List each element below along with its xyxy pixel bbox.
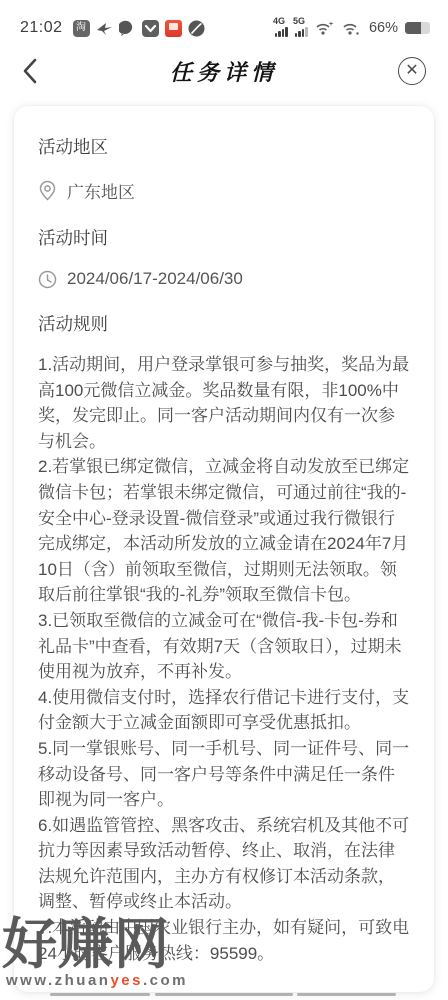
svg-text:+: + — [329, 21, 333, 28]
close-button[interactable]: ✕ — [398, 57, 426, 85]
bottom-divider-line — [50, 993, 150, 996]
task-detail-card: 活动地区 广东地区 活动时间 2024/06/17-2024/06/30 活动规… — [14, 106, 434, 992]
red-app-icon — [165, 20, 182, 37]
wifi-icon — [342, 21, 362, 36]
page-title: 任务详情 — [0, 56, 448, 87]
watermark: 好赚网 www.zhuanyes.com — [2, 917, 188, 988]
rules-heading: 活动规则 — [38, 311, 410, 336]
rule-item: 5.同一掌银账号、同一手机号、同一证件号、同一移动设备号、同一客户号等条件中满足… — [38, 736, 410, 813]
bottom-divider-line — [155, 993, 293, 996]
signal-5g-icon: 5G — [295, 19, 308, 37]
smile-app-icon — [142, 20, 159, 37]
bird-icon — [96, 20, 113, 37]
rule-item: 2.若掌银已绑定微信，立减金将自动发放至已绑定微信卡包；若掌银未绑定微信，可通过… — [38, 454, 410, 608]
rule-item: 1.活动期间，用户登录掌银可参与抽奖，奖品为最高100元微信立减金。奖品数量有限… — [38, 352, 410, 454]
rule-item: 4.使用微信支付时，选择农行借记卡进行支付，支付金额大于立减金面额即可享受优惠抵… — [38, 685, 410, 736]
region-heading: 活动地区 — [38, 134, 410, 159]
bottom-divider-line — [297, 993, 396, 996]
app-screen: 21:02 淘 4G 5G — [0, 0, 448, 1000]
watermark-url: www.zhuanyes.com — [6, 973, 188, 988]
region-value: 广东地区 — [67, 178, 135, 203]
region-row: 广东地区 — [38, 178, 410, 203]
time-value: 2024/06/17-2024/06/30 — [67, 269, 243, 289]
watermark-logo: 好赚网 — [2, 917, 188, 972]
time-heading: 活动时间 — [38, 225, 410, 250]
clock-icon — [38, 270, 57, 289]
status-indicators: 4G 5G + 66% — [275, 19, 430, 37]
rule-item: 6.如遇监管管控、黑客攻击、系统宕机及其他不可抗力等因素导致活动暂停、终止、取消… — [38, 813, 410, 915]
wifi-plus-icon: + — [315, 21, 335, 36]
rules-list: 1.活动期间，用户登录掌银可参与抽奖，奖品为最高100元微信立减金。奖品数量有限… — [38, 352, 410, 966]
signal-4g-icon: 4G — [275, 19, 288, 37]
notification-icons: 淘 — [73, 20, 205, 37]
clock-time: 21:02 — [20, 19, 63, 37]
navbar: 任务详情 ✕ — [0, 46, 448, 96]
battery-icon — [405, 22, 430, 34]
ball-icon — [188, 20, 205, 37]
status-bar: 21:02 淘 4G 5G — [0, 0, 448, 46]
time-row: 2024/06/17-2024/06/30 — [38, 269, 410, 289]
back-button[interactable] — [22, 57, 38, 85]
rule-item: 3.已领取至微信的立减金可在“微信-我-卡包-券和礼品卡”中查看，有效期7天（含… — [38, 608, 410, 685]
location-pin-icon — [38, 180, 57, 201]
battery-percent: 66% — [369, 20, 398, 36]
taobao-icon: 淘 — [73, 20, 90, 37]
chat-bubble-icon — [119, 20, 136, 37]
